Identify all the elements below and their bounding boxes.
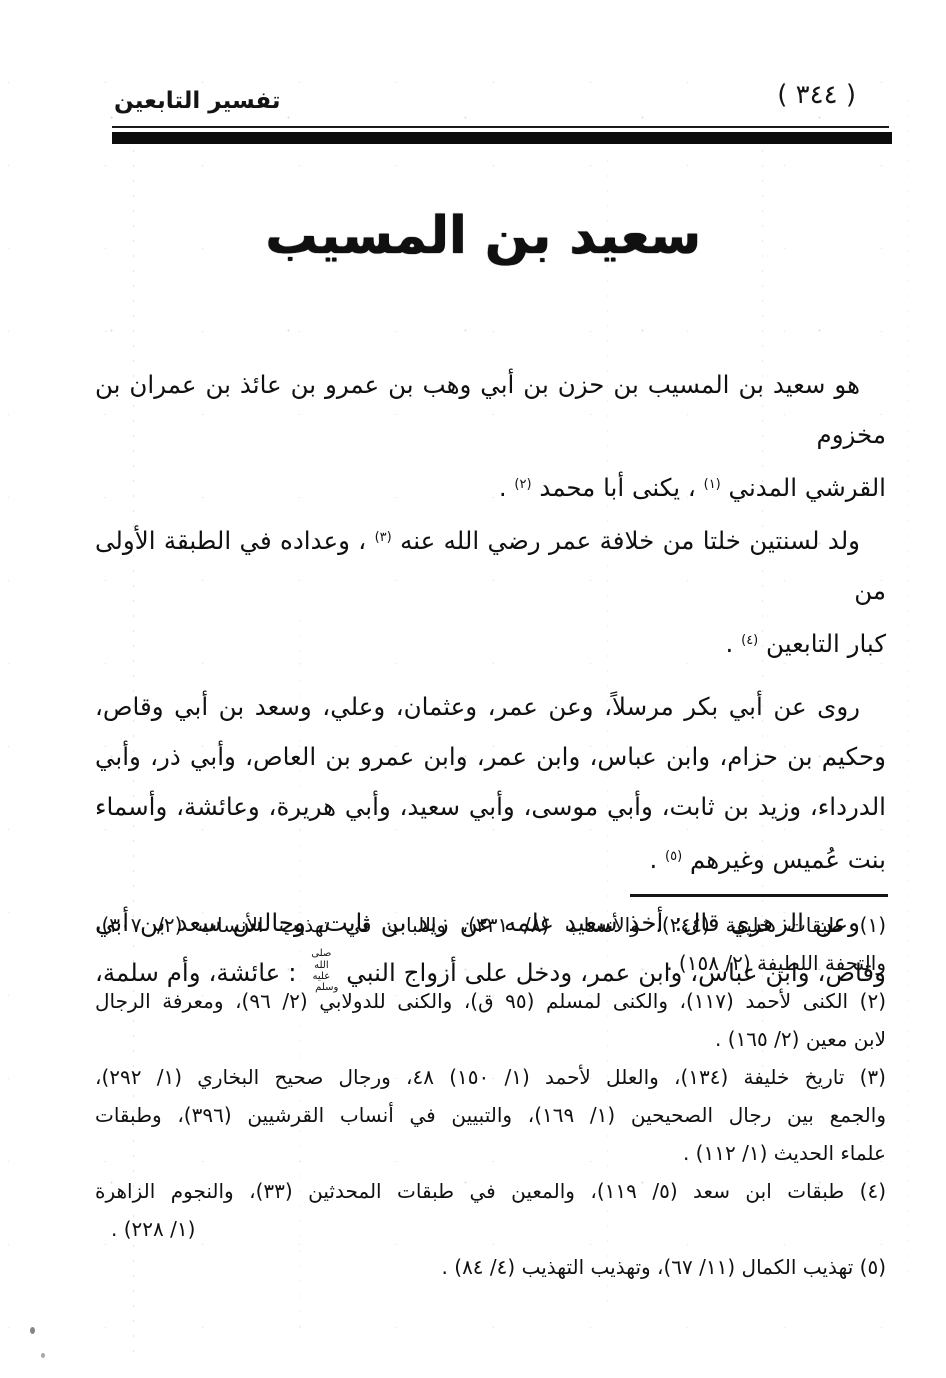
footnote-item: (٤) طبقات ابن سعد (٥/ ١١٩)، والمعين في ط… — [95, 1172, 886, 1248]
footnote-line: والتحفة اللطيفة (٢/ ١٥٨) . — [95, 944, 886, 982]
text-line: روى عن أبي بكر مرسلاً، وعن عمر، وعثمان، … — [95, 682, 886, 732]
footnote-line: والجمع بين رجال الصحيحين (١/ ١٦٩)، والتب… — [95, 1096, 886, 1134]
footnote-separator — [630, 894, 888, 897]
scan-speck — [30, 1327, 35, 1334]
footnote-item: (٢) الكنى لأحمد (١١٧)، والكنى لمسلم (٩٥ … — [95, 982, 886, 1058]
footnote-line: (٢) الكنى لأحمد (١١٧)، والكنى لمسلم (٩٥ … — [95, 982, 886, 1020]
footnote-ref: (٤) — [741, 633, 758, 648]
footnote-line: (١) طبقات خليفة (٢٤٤)، والأنساب (٨/ ٣٣١)… — [95, 906, 886, 944]
footnote-ref: (٥) — [665, 849, 682, 864]
footnote-line: علماء الحديث (١/ ١١٢) . — [95, 1134, 886, 1172]
header-rule-thick — [112, 132, 892, 144]
text-line: وحكيم بن حزام، وابن عباس، وابن عمر، وابن… — [95, 732, 886, 782]
footnote-line: لابن معين (٢/ ١٦٥) . — [95, 1020, 886, 1058]
footnote-item: (٣) تاريخ خليفة (١٣٤)، والعلل لأحمد (١/ … — [95, 1058, 886, 1172]
paragraph: ولد لسنتين خلتا من خلافة عمر رضي الله عن… — [95, 513, 886, 669]
text-line: بنت عُميس وغيرهم (٥) . — [95, 832, 886, 885]
footnote-ref: (٣) — [375, 530, 392, 545]
footnote-line: (١/ ٢٢٨) . — [95, 1210, 886, 1248]
scan-artifact-dotted-line — [762, 150, 763, 1080]
scan-speck — [41, 1353, 45, 1358]
text-line: الدرداء، وزيد بن ثابت، وأبي موسى، وأبي س… — [95, 782, 886, 832]
text-line: القرشي المدني (١) ، يكنى أبا محمد (٢) . — [95, 460, 886, 513]
scan-artifact-dotted-line — [133, 150, 134, 1360]
scanned-book-page: تفسير التابعين ( ٣٤٤ ) سعيد بن المسيب هو… — [0, 0, 946, 1378]
scan-artifact-dotted-line — [908, 100, 909, 1280]
text-line: ولد لسنتين خلتا من خلافة عمر رضي الله عن… — [95, 513, 886, 616]
footnote-item: (٥) تهذيب الكمال (١١/ ٦٧)، وتهذيب التهذي… — [95, 1248, 886, 1286]
footnotes-section: (١) طبقات خليفة (٢٤٤)، والأنساب (٨/ ٣٣١)… — [95, 906, 886, 1286]
header-book-title: تفسير التابعين — [114, 88, 281, 114]
footnote-ref: (٢) — [514, 477, 531, 492]
scan-artifact-dotted-line — [300, 620, 301, 1340]
chapter-title: سعيد بن المسيب — [150, 206, 816, 266]
paragraph: روى عن أبي بكر مرسلاً، وعن عمر، وعثمان، … — [95, 682, 886, 885]
footnote-line: (٣) تاريخ خليفة (١٣٤)، والعلل لأحمد (١/ … — [95, 1058, 886, 1096]
footnote-item: (١) طبقات خليفة (٢٤٤)، والأنساب (٨/ ٣٣١)… — [95, 906, 886, 982]
body-text: هو سعيد بن المسيب بن حزن بن أبي وهب بن ع… — [95, 360, 886, 998]
header-rule-thin — [112, 126, 889, 128]
text-line: هو سعيد بن المسيب بن حزن بن أبي وهب بن ع… — [95, 360, 886, 460]
footnote-line: (٥) تهذيب الكمال (١١/ ٦٧)، وتهذيب التهذي… — [95, 1248, 886, 1286]
text-line: كبار التابعين (٤) . — [95, 616, 886, 669]
header-page-number: ( ٣٤٤ ) — [777, 80, 856, 110]
footnote-ref: (١) — [704, 477, 721, 492]
footnote-line: (٤) طبقات ابن سعد (٥/ ١١٩)، والمعين في ط… — [95, 1172, 886, 1210]
paragraph: هو سعيد بن المسيب بن حزن بن أبي وهب بن ع… — [95, 360, 886, 513]
scan-artifact-dotted-line — [607, 160, 608, 1310]
